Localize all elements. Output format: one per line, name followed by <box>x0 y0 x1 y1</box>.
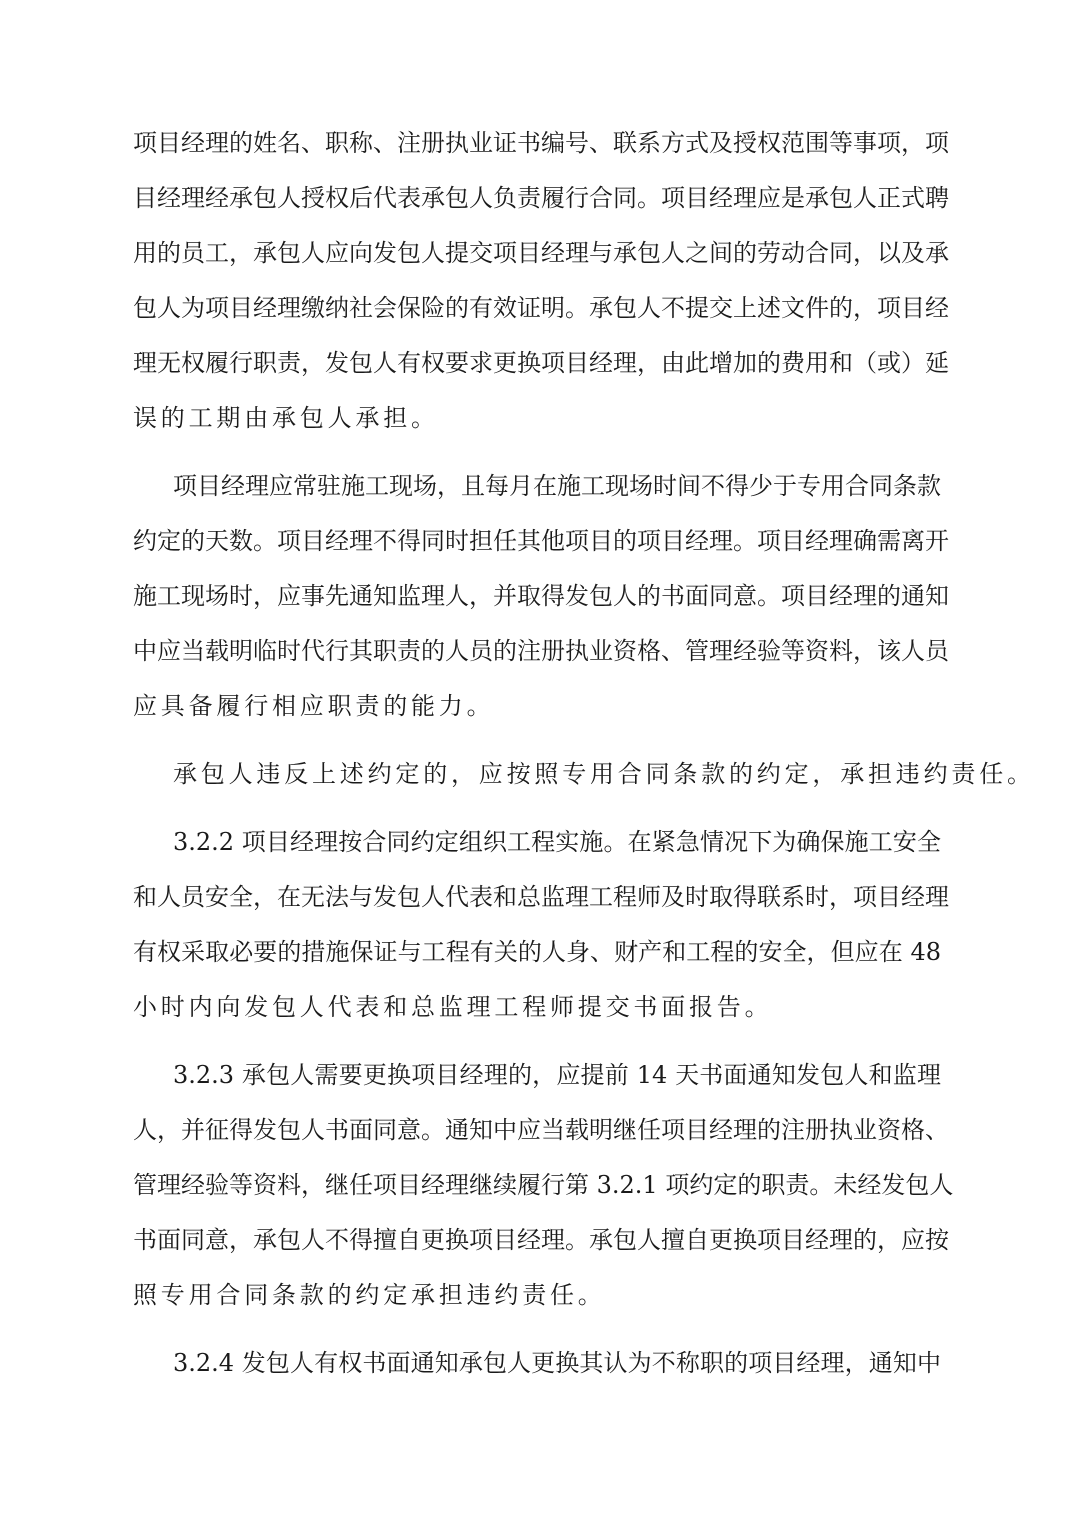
text-line: 3.2.3 承包人需要更换项目经理的，应提前 14 天书面通知发包人和监理 <box>133 1060 941 1090</box>
text-line: 书面同意，承包人不得擅自更换项目经理。承包人擅自更换项目经理的，应按 <box>133 1225 941 1255</box>
text-line: 应具备履行相应职责的能力。 <box>133 691 941 721</box>
text-line: 约定的天数。项目经理不得同时担任其他项目的项目经理。项目经理确需离开 <box>133 526 941 556</box>
text-line: 照专用合同条款的约定承担违约责任。 <box>133 1280 941 1310</box>
text-line: 小时内向发包人代表和总监理工程师提交书面报告。 <box>133 992 941 1022</box>
text-line: 3.2.4 发包人有权书面通知承包人更换其认为不称职的项目经理，通知中 <box>133 1348 941 1378</box>
text-line: 理无权履行职责，发包人有权要求更换项目经理，由此增加的费用和（或）延 <box>133 348 941 378</box>
text-line: 施工现场时，应事先通知监理人，并取得发包人的书面同意。项目经理的通知 <box>133 581 941 611</box>
text-line: 项目经理应常驻施工现场，且每月在施工现场时间不得少于专用合同条款 <box>133 471 941 501</box>
text-line: 包人为项目经理缴纳社会保险的有效证明。承包人不提交上述文件的，项目经 <box>133 293 941 323</box>
text-line: 目经理经承包人授权后代表承包人负责履行合同。项目经理应是承包人正式聘 <box>133 183 941 213</box>
text-line: 中应当载明临时代行其职责的人员的注册执业资格、管理经验等资料，该人员 <box>133 636 941 666</box>
text-line: 承包人违反上述约定的，应按照专用合同条款的约定，承担违约责任。 <box>133 759 941 789</box>
text-line: 误的工期由承包人承担。 <box>133 403 941 433</box>
text-line: 管理经验等资料，继任项目经理继续履行第 3.2.1 项约定的职责。未经发包人 <box>133 1170 941 1200</box>
text-line: 人，并征得发包人书面同意。通知中应当载明继任项目经理的注册执业资格、 <box>133 1115 941 1145</box>
text-line: 有权采取必要的措施保证与工程有关的人身、财产和工程的安全，但应在 48 <box>133 937 941 967</box>
text-line: 3.2.2 项目经理按合同约定组织工程实施。在紧急情况下为确保施工安全 <box>133 827 941 857</box>
text-line: 项目经理的姓名、职称、注册执业证书编号、联系方式及授权范围等事项，项 <box>133 128 941 158</box>
text-line: 和人员安全，在无法与发包人代表和总监理工程师及时取得联系时，项目经理 <box>133 882 941 912</box>
text-line: 用的员工，承包人应向发包人提交项目经理与承包人之间的劳动合同，以及承 <box>133 238 941 268</box>
